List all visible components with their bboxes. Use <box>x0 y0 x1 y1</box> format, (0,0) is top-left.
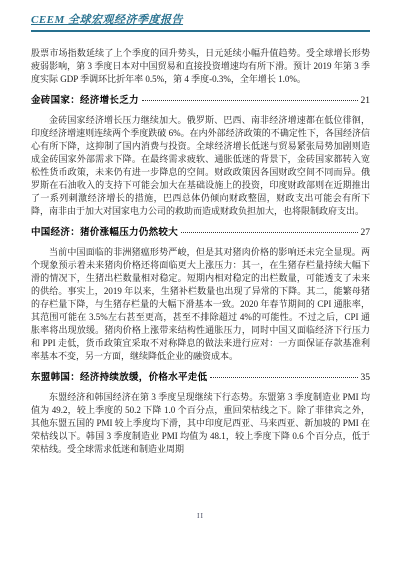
section-body-china: 当前中国面临的非洲猪瘟形势严峻，但是其对猪肉价格的影响还未完全显现。两个现象预示… <box>31 246 370 363</box>
page-number-footer: II <box>0 511 401 520</box>
running-header: CEEM 全球宏观经济季度报告 <box>31 10 370 32</box>
toc-entry-brics[interactable]: 金砖国家：经济增长乏力 21 <box>31 95 370 108</box>
toc-entry-asean-korea[interactable]: 东盟韩国：经济持续放缓，价格水平走低 35 <box>31 372 370 385</box>
toc-entry-title: 中国经济：猪价涨幅压力仍然较大 <box>31 227 178 240</box>
toc-entry-page-number: 21 <box>361 95 371 108</box>
toc-entry-title: 东盟韩国：经济持续放缓，价格水平走低 <box>31 372 207 385</box>
toc-entry-china[interactable]: 中国经济：猪价涨幅压力仍然较大 27 <box>31 227 370 240</box>
report-page: CEEM 全球宏观经济季度报告 股票市场指数延续了上个季度的回升势头，日元延续小… <box>0 0 401 573</box>
dot-leader <box>181 232 357 233</box>
dot-leader <box>210 377 357 378</box>
section-body-asean-korea: 东盟经济和韩国经济在第 3 季度呈现继续下行态势。东盟第 3 季度制造业 PMI… <box>31 391 370 456</box>
intro-paragraph: 股票市场指数延续了上个季度的回升势头，日元延续小幅升值趋势。受全球增长形势疲弱影… <box>31 47 370 86</box>
toc-entry-page-number: 27 <box>361 227 371 240</box>
toc-entry-title: 金砖国家：经济增长乏力 <box>31 95 139 108</box>
toc-entry-page-number: 35 <box>361 372 371 385</box>
dot-leader <box>142 100 358 101</box>
report-title: CEEM 全球宏观经济季度报告 <box>31 14 183 26</box>
section-body-brics: 金砖国家经济增长压力继续加大。俄罗斯、巴西、南非经济增速都在低位徘徊，印度经济增… <box>31 114 370 218</box>
